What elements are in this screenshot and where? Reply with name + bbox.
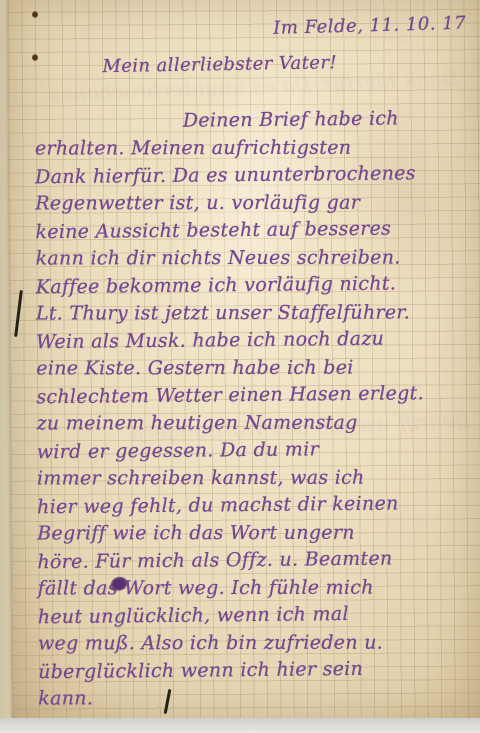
handwriting-line: kann. [38, 684, 480, 713]
salutation: Mein allerliebster Vater! [102, 52, 337, 77]
handwriting-line: erhalten. Meinen aufrichtigsten [35, 134, 480, 163]
handwriting-line: Lt. Thury ist jetzt unser Staffelführer. [36, 299, 480, 328]
handwriting-line: immer schreiben kannst, was ich [37, 464, 480, 493]
scanner-background [0, 718, 480, 733]
handwriting-line: höre. Für mich als Offz. u. Beamten [37, 545, 480, 577]
paper-speck [32, 54, 38, 61]
handwriting-line: weg muß. Also ich bin zufrieden u. [38, 629, 480, 658]
letter-page: Dank hierfür. Da es ununterbrochenes Beg… [8, 0, 480, 722]
handwriting-line: kann ich dir nichts Neues schreiben. [36, 244, 480, 273]
handwriting-line: eine Kiste. Gestern habe ich bei [36, 354, 480, 383]
scanned-letter-photo: { "letter": { "dateline": "Im Felde, 11.… [0, 0, 480, 733]
handwriting-line: Deinen Brief habe ich [35, 105, 480, 137]
handwriting-line: Begriff wie ich das Wort ungern [37, 519, 480, 548]
handwriting-line: Wein als Musk. habe ich noch dazu [36, 325, 480, 357]
paper-speck [32, 11, 38, 18]
handwriting-line: Dank hierfür. Da es ununterbrochenes [35, 160, 480, 192]
handwriting-line: zu meinem heutigen Namenstag [37, 409, 480, 438]
handwriting-line: keine Aussicht besteht auf besseres [35, 215, 480, 247]
handwriting-line: schlechtem Wetter einen Hasen erlegt. [36, 380, 480, 412]
handwriting-line: hier weg fehlt, du machst dir keinen [37, 490, 480, 522]
handwriting-line: wird er gegessen. Da du mir [37, 435, 480, 467]
handwriting-line: überglücklich wenn ich hier sein [38, 655, 480, 687]
handwriting-line: heut unglücklich, wenn ich mal [38, 600, 480, 632]
handwriting-line: Regenwetter ist, u. vorläufig gar [35, 189, 480, 218]
letter-body: Deinen Brief habe ich erhalten. Meinen a… [35, 106, 480, 714]
handwriting-line: fällt das Wort weg. Ich fühle mich [38, 574, 480, 603]
dateline: Im Felde, 11. 10. 17 [273, 13, 467, 39]
handwriting-line: Kaffee bekomme ich vorläufig nicht. [36, 270, 480, 302]
